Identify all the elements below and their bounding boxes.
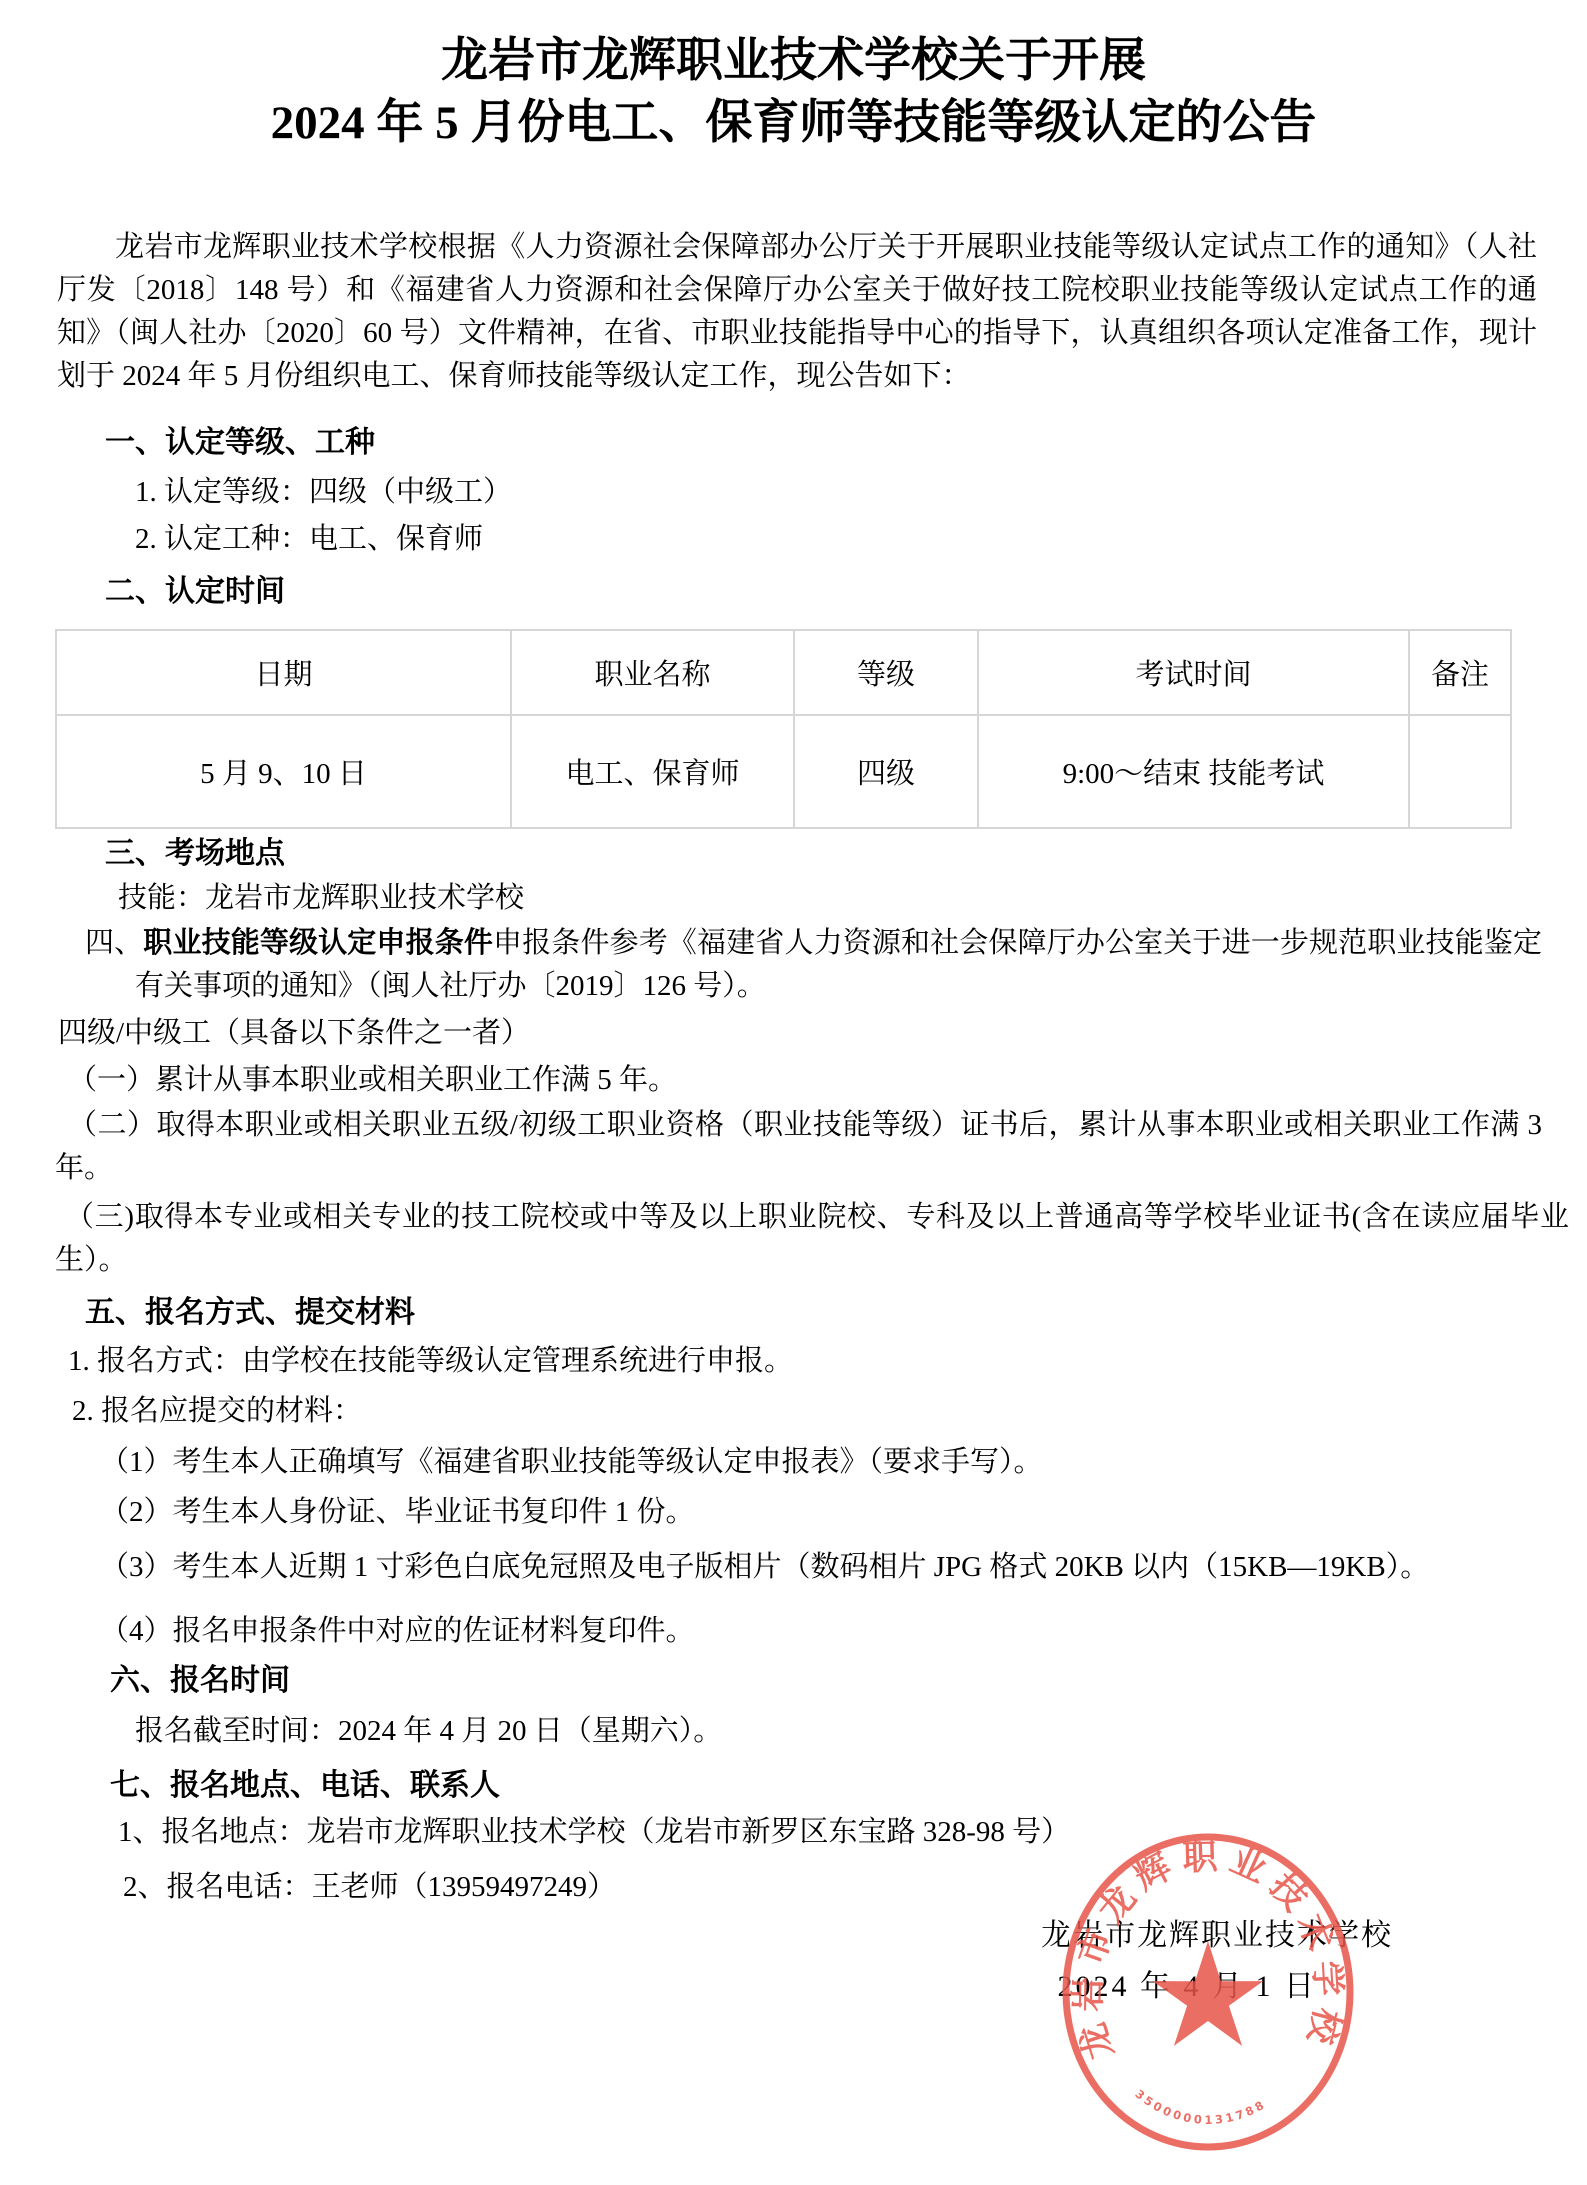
venue-line: 技能：龙岩市龙辉职业技术学校 — [0, 877, 1587, 920]
header-occupation: 职业名称 — [511, 630, 794, 715]
material-1: （1）考生本人正确填写《福建省职业技能等级认定申报表》（要求手写）。 — [0, 1441, 1587, 1484]
registration-method-line: 1. 报名方式：由学校在技能等级认定管理系统进行申报。 — [0, 1340, 1587, 1383]
registration-phone-line: 2、报名电话：王老师（13959497249） — [0, 1866, 1587, 1909]
material-2: （2）考生本人身份证、毕业证书复印件 1 份。 — [0, 1491, 1587, 1534]
material-4: （4）报名申报条件中对应的佐证材料复印件。 — [0, 1610, 1587, 1653]
cell-level: 四级 — [794, 715, 978, 828]
registration-address-line: 1、报名地点：龙岩市龙辉职业技术学校（龙岩市新罗区东宝路 328-98 号） — [0, 1811, 1587, 1854]
section4-number: 四、 — [85, 927, 143, 959]
section1-item-trade: 2. 认定工种：电工、保育师 — [0, 518, 1587, 561]
section1-heading: 一、认定等级、工种 — [0, 420, 1587, 466]
section1-item-level: 1. 认定等级：四级（中级工） — [0, 471, 1587, 514]
section3-heading: 三、考场地点 — [0, 831, 1587, 877]
cell-exam-time: 9:00～结束 技能考试 — [978, 715, 1409, 828]
level-requirement-line: 四级/中级工（具备以下条件之一者） — [0, 1012, 1587, 1055]
cell-occupation: 电工、保育师 — [511, 715, 794, 828]
material-3: （3）考生本人近期 1 寸彩色白底免冠照及电子版相片（数码相片 JPG 格式 2… — [0, 1546, 1587, 1589]
condition-1: （一）累计从事本职业或相关职业工作满 5 年。 — [0, 1059, 1587, 1102]
condition-3: （三)取得本专业或相关专业的技工院校或中等及以上职业院校、专科及以上普通高等学校… — [0, 1196, 1587, 1282]
seal-serial-number: 3500000131788 — [1133, 2087, 1269, 2127]
condition-2: （二）取得本职业或相关职业五级/初级工职业资格（职业技能等级）证书后，累计从事本… — [0, 1104, 1587, 1190]
table-row: 5 月 9、10 日 电工、保育师 四级 9:00～结束 技能考试 — [56, 715, 1511, 828]
document-title-line2: 2024 年 5 月份电工、保育师等技能等级认定的公告 — [0, 92, 1587, 154]
header-remarks: 备注 — [1409, 630, 1511, 715]
header-level: 等级 — [794, 630, 978, 715]
cell-remarks — [1409, 715, 1511, 828]
signature-date: 2024 年 4 月 1 日 — [0, 1965, 1587, 2008]
intro-paragraph: 龙岩市龙辉职业技术学校根据《人力资源社会保障部办公厅关于开展职业技能等级认定试点… — [57, 226, 1537, 398]
section2-heading: 二、认定时间 — [0, 569, 1587, 615]
materials-intro-line: 2. 报名应提交的材料： — [0, 1390, 1587, 1433]
section6-heading: 六、报名时间 — [0, 1658, 1587, 1704]
section4-heading: 职业技能等级认定申报条件 — [143, 927, 493, 959]
signature-org: 龙岩市龙辉职业技术学校 — [0, 1914, 1587, 1957]
section7-heading: 七、报名地点、电话、联系人 — [0, 1763, 1587, 1809]
header-exam-time: 考试时间 — [978, 630, 1409, 715]
document-title-line1: 龙岩市龙辉职业技术学校关于开展 — [0, 0, 1587, 92]
table-header-row: 日期 职业名称 等级 考试时间 备注 — [56, 630, 1511, 715]
cell-date: 5 月 9、10 日 — [56, 715, 511, 828]
header-date: 日期 — [56, 630, 511, 715]
certification-schedule-table: 日期 职业名称 等级 考试时间 备注 5 月 9、10 日 电工、保育师 四级 … — [55, 629, 1512, 829]
deadline-line: 报名截至时间：2024 年 4 月 20 日（星期六）。 — [0, 1710, 1587, 1753]
section4-paragraph: 四、职业技能等级认定申报条件申报条件参考《福建省人力资源和社会保障厅办公室关于进… — [0, 922, 1587, 1008]
announcement-document: 龙岩市龙辉职业技术学校关于开展 2024 年 5 月份电工、保育师等技能等级认定… — [0, 0, 1587, 2185]
section5-heading: 五、报名方式、提交材料 — [0, 1290, 1587, 1336]
